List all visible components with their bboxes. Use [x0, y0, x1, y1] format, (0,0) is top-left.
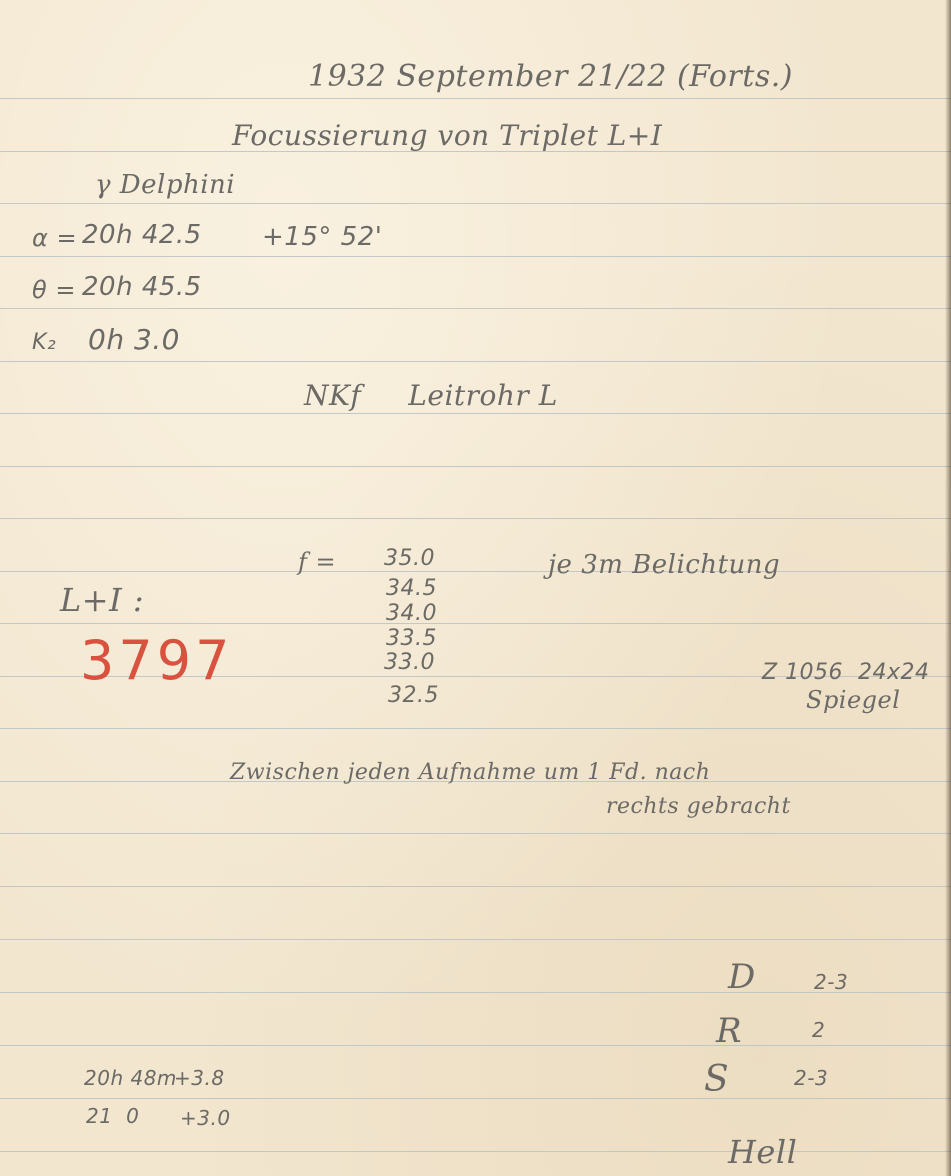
focus-value: 33.0: [384, 652, 439, 685]
plate-number: 3797: [80, 634, 233, 688]
k-value: 0h 3.0: [88, 326, 180, 354]
focus-value: 35.0: [384, 548, 439, 578]
date-line: 1932 September 21/22 (Forts.): [308, 62, 793, 92]
star-name: γ Delphini: [95, 172, 235, 198]
focus-value: 34.5: [386, 578, 439, 603]
focus-values-column: 35.0 34.5 34.0 33.5 33.0 32.5: [384, 548, 439, 711]
instrument-line: NKf Leitrohr L: [304, 382, 558, 410]
ruled-line: [0, 939, 951, 940]
ruled-line: [0, 203, 951, 204]
lens-label: L+I :: [60, 584, 144, 616]
ruled-line: [0, 833, 951, 834]
f-label: f =: [298, 550, 336, 574]
plate-info: Z 1056 24x24: [762, 662, 930, 684]
page-edge-shadow: [945, 0, 951, 1176]
theta-label: θ =: [32, 278, 76, 302]
ruled-line: [0, 728, 951, 729]
logbook-page: 1932 September 21/22 (Forts.) Focussieru…: [0, 0, 951, 1176]
time-entry: 20h 48m: [84, 1068, 177, 1088]
ruled-line: [0, 413, 951, 414]
observer-signature: Hell: [728, 1136, 797, 1168]
note-line-2: rechts gebracht: [606, 796, 791, 818]
ruled-line: [0, 571, 951, 572]
theta-value: 20h 45.5: [82, 274, 202, 300]
condition-value: 2-3: [814, 972, 848, 992]
ruled-line: [0, 256, 951, 257]
time-value: +3.0: [180, 1108, 231, 1128]
focus-value: 33.5: [386, 628, 439, 652]
declination-value: +15° 52': [262, 224, 382, 250]
alpha-label: α =: [32, 226, 77, 250]
focus-value: 34.0: [386, 603, 439, 628]
ruled-line: [0, 623, 951, 624]
plate-info-mirror: Spiegel: [806, 688, 900, 712]
ruled-line: [0, 992, 951, 993]
focus-value: 32.5: [388, 685, 439, 711]
condition-symbol: S: [704, 1062, 729, 1098]
alpha-value: 20h 42.5: [82, 222, 202, 248]
ruled-line: [0, 1098, 951, 1099]
ruled-line: [0, 308, 951, 309]
condition-value: 2-3: [794, 1068, 828, 1088]
time-entry: 21 0: [86, 1106, 139, 1126]
k-label: K₂: [32, 332, 56, 354]
ruled-line: [0, 518, 951, 519]
ruled-line: [0, 1045, 951, 1046]
ruled-line: [0, 886, 951, 887]
ruled-line: [0, 1151, 951, 1152]
page-title: Focussierung von Triplet L+I: [232, 122, 662, 150]
note-line-1: Zwischen jeden Aufnahme um 1 Fd. nach: [230, 762, 710, 784]
condition-symbol: D: [728, 960, 756, 994]
ruled-line: [0, 98, 951, 99]
condition-symbol: R: [716, 1014, 742, 1048]
ruled-line: [0, 466, 951, 467]
time-value: +3.8: [174, 1068, 225, 1088]
exposure-note: je 3m Belichtung: [548, 552, 780, 578]
condition-value: 2: [812, 1020, 825, 1040]
ruled-line: [0, 361, 951, 362]
